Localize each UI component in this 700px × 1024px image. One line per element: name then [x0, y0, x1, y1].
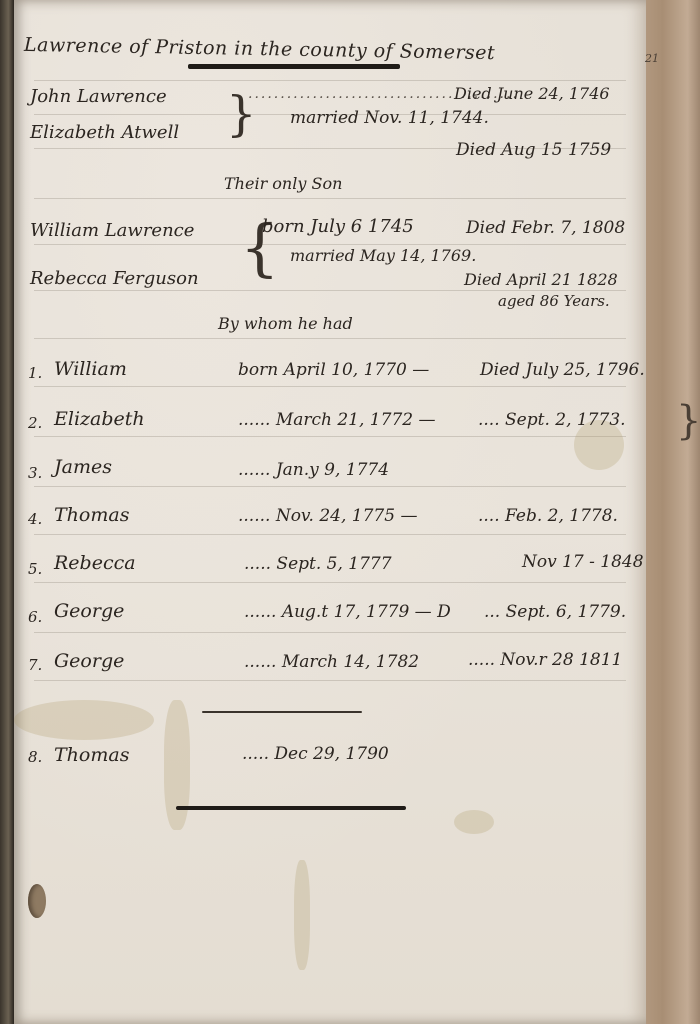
child-number: 8. — [28, 748, 42, 766]
child-name: Thomas — [54, 744, 129, 766]
water-stain — [164, 700, 190, 830]
first-gen-wife: Elizabeth Atwell — [30, 122, 179, 143]
child-born: ...... March 14, 1782 — [244, 652, 419, 672]
child-died: ... Sept. 6, 1779. — [484, 602, 626, 622]
ruled-line — [34, 680, 626, 681]
child-number: 4. — [28, 510, 42, 528]
child-number: 3. — [28, 464, 42, 482]
child-name: Thomas — [54, 504, 129, 526]
second-gen-wife-death: Died April 21 1828 — [464, 270, 618, 289]
ruled-line — [34, 534, 626, 535]
margin-brace: } — [676, 398, 700, 444]
child-number: 5. — [28, 560, 42, 578]
second-gen-wife-age: aged 86 Years. — [498, 292, 610, 310]
ruled-line — [34, 198, 626, 199]
ruled-line — [34, 80, 626, 81]
child-died: .... Sept. 2, 1773. — [478, 410, 626, 430]
ruled-line — [34, 436, 626, 437]
page-edge — [638, 0, 700, 1024]
child-number: 7. — [28, 656, 42, 674]
binding-hole — [28, 884, 46, 918]
child-born: ...... Nov. 24, 1775 — — [238, 506, 417, 526]
first-gen-husband-death: Died June 24, 1746 — [454, 84, 610, 103]
ruled-line — [34, 632, 626, 633]
ruled-line — [34, 582, 626, 583]
child-born: born April 10, 1770 — — [238, 360, 429, 380]
ledger-page: Lawrence of Priston in the county of Som… — [14, 0, 646, 1024]
child-born: ...... Aug.t 17, 1779 — D — [244, 602, 451, 622]
child-number: 6. — [28, 608, 42, 626]
second-gen-husband: William Lawrence — [30, 220, 194, 241]
child-name: Elizabeth — [54, 408, 145, 430]
water-stain — [454, 810, 494, 834]
ruled-line — [34, 244, 626, 245]
page-number: 21 — [645, 52, 659, 65]
child-name: George — [54, 650, 124, 672]
child-died: Nov 17 - 1848 — [522, 552, 644, 572]
child-died: ..... Nov.r 28 1811 — [468, 650, 622, 670]
child-born: ..... Sept. 5, 1777 — [244, 554, 392, 574]
section-divider — [202, 711, 362, 713]
child-born: ...... Jan.y 9, 1774 — [238, 460, 389, 480]
connector-text: Their only Son — [224, 174, 342, 193]
child-number: 1. — [28, 364, 42, 382]
second-gen-husband-death: Died Febr. 7, 1808 — [466, 218, 625, 238]
second-gen-wife: Rebecca Ferguson — [30, 268, 199, 289]
first-gen-marriage: married Nov. 11, 1744. — [290, 108, 489, 128]
title-underline — [188, 64, 400, 69]
second-gen-marriage: married May 14, 1769. — [290, 246, 476, 265]
book-spine — [0, 0, 14, 1024]
child-born: ..... Dec 29, 1790 — [242, 744, 389, 764]
child-born: ...... March 21, 1772 — — [238, 410, 435, 430]
ruled-line — [34, 338, 626, 339]
child-name: George — [54, 600, 124, 622]
closing-underline — [176, 806, 406, 810]
first-gen-wife-death: Died Aug 15 1759 — [456, 140, 611, 160]
child-died: Died July 25, 1796. — [480, 360, 645, 380]
ruled-line — [34, 386, 626, 387]
ruled-line — [34, 290, 626, 291]
ruled-line — [34, 486, 626, 487]
child-name: Rebecca — [54, 552, 136, 574]
child-died: .... Feb. 2, 1778. — [478, 506, 618, 526]
children-intro: By whom he had — [218, 314, 353, 333]
child-name: William — [54, 358, 127, 380]
page-title: Lawrence of Priston in the county of Som… — [24, 34, 495, 64]
ledger-spread: Lawrence of Priston in the county of Som… — [0, 0, 700, 1024]
water-stain — [294, 860, 310, 970]
child-name: James — [54, 456, 112, 478]
water-stain — [14, 700, 154, 740]
second-gen-husband-born: born July 6 1745 — [262, 216, 414, 237]
child-number: 2. — [28, 414, 42, 432]
first-gen-husband: John Lawrence — [30, 86, 167, 107]
